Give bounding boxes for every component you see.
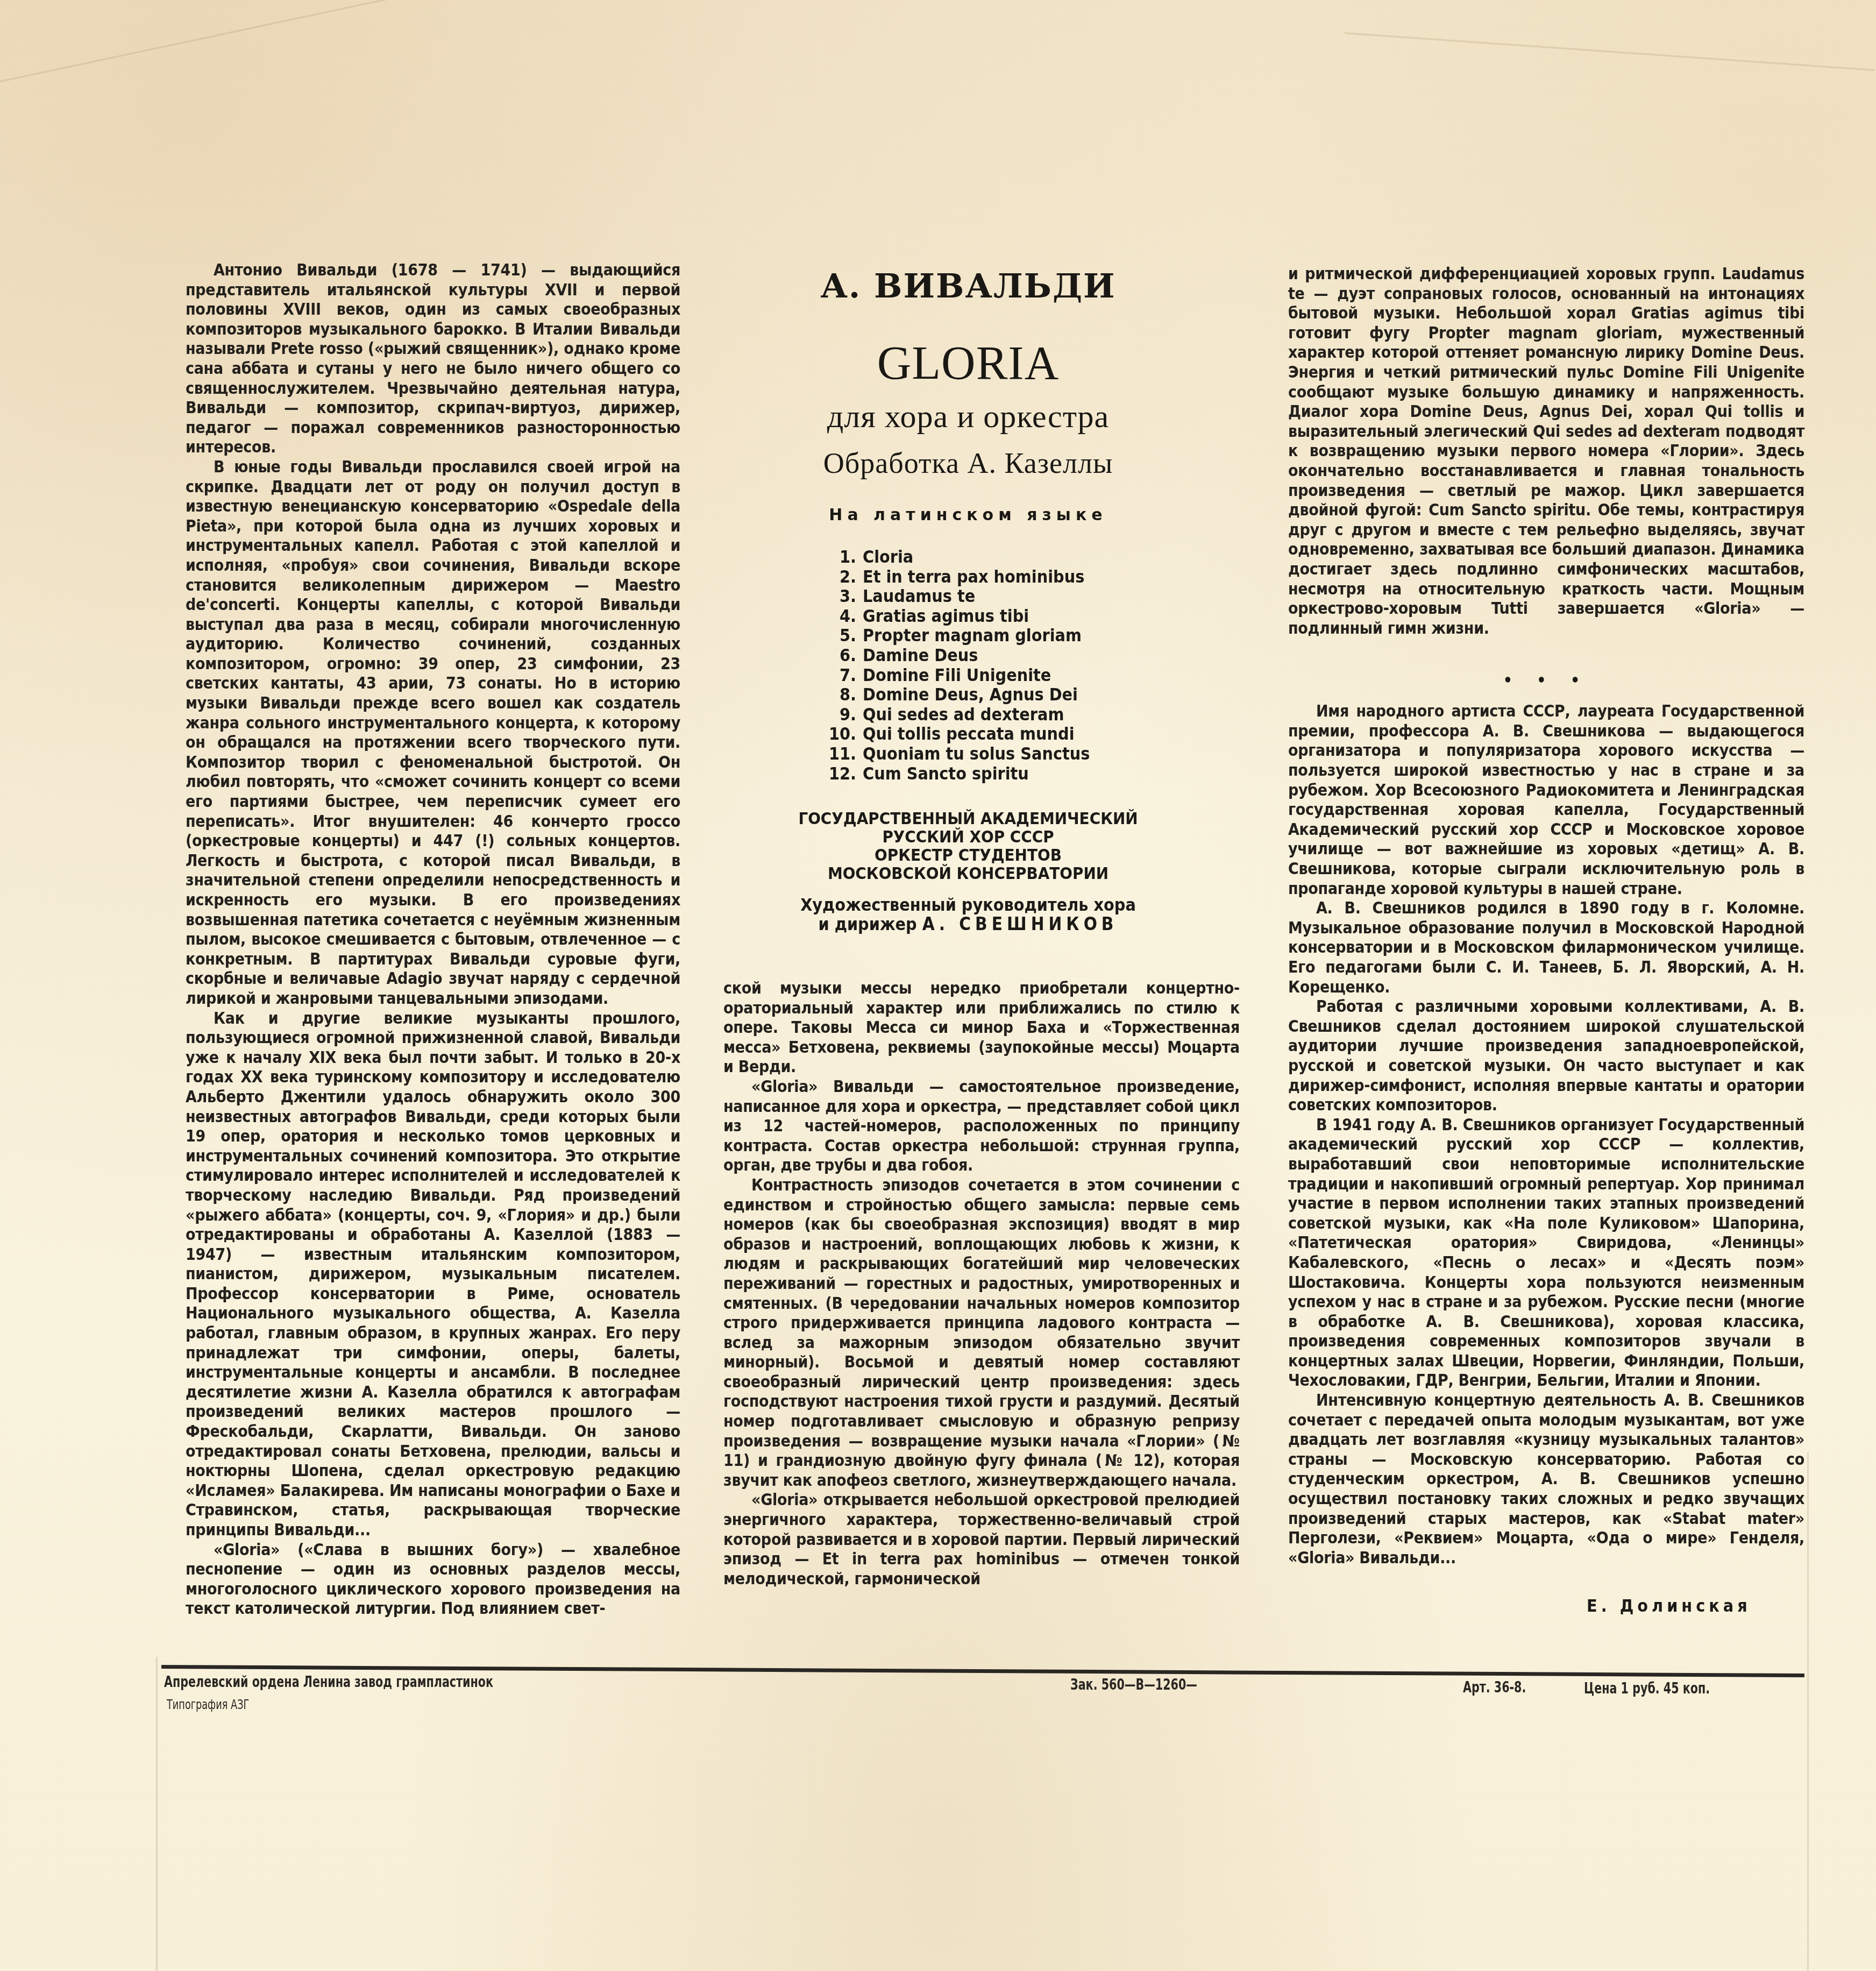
track-title: Gratias agimus tibi (863, 606, 1029, 626)
track-title: Domine Deus, Agnus Dei (863, 685, 1078, 705)
track-title: Cum Sancto spiritu (863, 764, 1029, 784)
track-title: Quoniam tu solus Sanctus (863, 744, 1090, 764)
track-item: 7.Domine Fili Unigenite (828, 665, 1090, 685)
director-name: А. СВЕШНИКОВ (922, 913, 1118, 934)
director-line: и дирижер А. СВЕШНИКОВ (721, 914, 1216, 934)
work-title: GLORIA (721, 336, 1216, 391)
middle-text-column: ской музыки мессы нередко приобретали ко… (723, 979, 1240, 1589)
left-text-column: Антонио Вивальди (1678 — 1741) — выдающи… (186, 261, 680, 1619)
work-subtitle: для хора и оркестра (721, 398, 1216, 435)
track-item: 1.Cloria (828, 547, 1090, 567)
track-title: Damine Deus (863, 646, 978, 665)
arranger-credit: Обработка А. Казеллы (721, 446, 1216, 480)
track-title: Propter magnam gloriam (863, 626, 1082, 646)
paragraph: ской музыки мессы нередко приобретали ко… (723, 979, 1240, 1077)
paragraph: «Gloria» открывается небольшой оркестров… (723, 1491, 1240, 1589)
composer-name: А. ВИВАЛЬДИ (721, 266, 1216, 306)
track-item: 5.Propter magnam gloriam (828, 626, 1090, 646)
paragraph: А. В. Свешников родился в 1890 году в г.… (1288, 899, 1804, 997)
performers-block: ГОСУДАРСТВЕННЫЙ АКАДЕМИЧЕСКИЙ РУССКИЙ ХО… (721, 810, 1216, 883)
paragraph: В юные годы Вивальди прославился своей и… (186, 458, 680, 1009)
paragraph: и ритмической дифференциацией хоровых гр… (1288, 265, 1804, 639)
track-item: 3.Laudamus te (828, 586, 1090, 606)
manufacturer-label: Апрелевский ордена Ленина завод грамплас… (164, 1673, 493, 1691)
track-item: 11.Quoniam tu solus Sanctus (828, 744, 1090, 764)
track-item: 6.Damine Deus (828, 646, 1090, 665)
paper-crease (156, 1657, 158, 1971)
paragraph: Антонио Вивальди (1678 — 1741) — выдающи… (186, 261, 680, 458)
paragraph: Контрастность эпизодов сочетается в этом… (723, 1176, 1240, 1491)
track-item: 9.Qui sedes ad dexteram (828, 705, 1090, 725)
performer-line: МОСКОВСКОЙ КОНСЕРВАТОРИИ (721, 864, 1216, 883)
order-number: Зак. 560—В—1260— (1070, 1676, 1197, 1693)
right-text-column: и ритмической дифференциацией хоровых гр… (1288, 265, 1804, 1568)
track-item: 12.Cum Sancto spiritu (828, 764, 1090, 784)
separator-space (1288, 639, 1804, 702)
paragraph: Интенсивную концертную деятельность А. В… (1288, 1391, 1804, 1568)
track-item: 10.Qui tollis peccata mundi (828, 724, 1090, 744)
paper-crease (1807, 1452, 1809, 1971)
paragraph: «Gloria» («Слава в вышних богу») — хвале… (186, 1541, 680, 1619)
track-title: Laudamus te (863, 586, 975, 606)
paper-crease (1345, 32, 1875, 71)
track-title: Et in terra pax hominibus (863, 567, 1084, 587)
paragraph: Имя народного артиста СССР, лауреата Гос… (1288, 702, 1804, 899)
price-label: Цена 1 руб. 45 коп. (1584, 1679, 1710, 1697)
track-title: Cloria (863, 547, 913, 567)
track-title: Qui tollis peccata mundi (863, 724, 1074, 744)
paragraph: Работая с различными хоровыми коллектива… (1288, 997, 1804, 1116)
performer-line: РУССКИЙ ХОР СССР (721, 828, 1216, 846)
paragraph: В 1941 году А. В. Свешников организует Г… (1288, 1116, 1804, 1391)
track-item: 4.Gratias agimus tibi (828, 606, 1090, 626)
section-separator: • • • (1288, 671, 1804, 690)
article-number: Арт. 36-8. (1463, 1678, 1526, 1696)
director-role: Художественный руководитель хора (721, 896, 1216, 914)
printing-label: Типография АЗГ (167, 1697, 249, 1712)
paragraph: Как и другие великие музыканты прошлого,… (186, 1009, 680, 1541)
author-signature: Е. Долинская (1587, 1596, 1751, 1616)
language-note: На латинском языке (721, 506, 1216, 524)
performer-line: ГОСУДАРСТВЕННЫЙ АКАДЕМИЧЕСКИЙ (721, 810, 1216, 828)
paragraph: «Gloria» Вивальди — самостоятельное прои… (723, 1077, 1240, 1176)
track-list: 1.Cloria 2.Et in terra pax hominibus 3.L… (828, 547, 1090, 783)
track-title: Qui sedes ad dexteram (863, 705, 1064, 725)
paper-crease (0, 0, 474, 82)
track-item: 2.Et in terra pax hominibus (828, 567, 1090, 587)
performer-line: ОРКЕСТР СТУДЕНТОВ (721, 846, 1216, 864)
track-title: Domine Fili Unigenite (863, 665, 1051, 685)
director-role-suffix: и дирижер (819, 914, 917, 934)
track-item: 8.Domine Deus, Agnus Dei (828, 685, 1090, 705)
conductor-credit: Художественный руководитель хора и дириж… (721, 896, 1216, 934)
